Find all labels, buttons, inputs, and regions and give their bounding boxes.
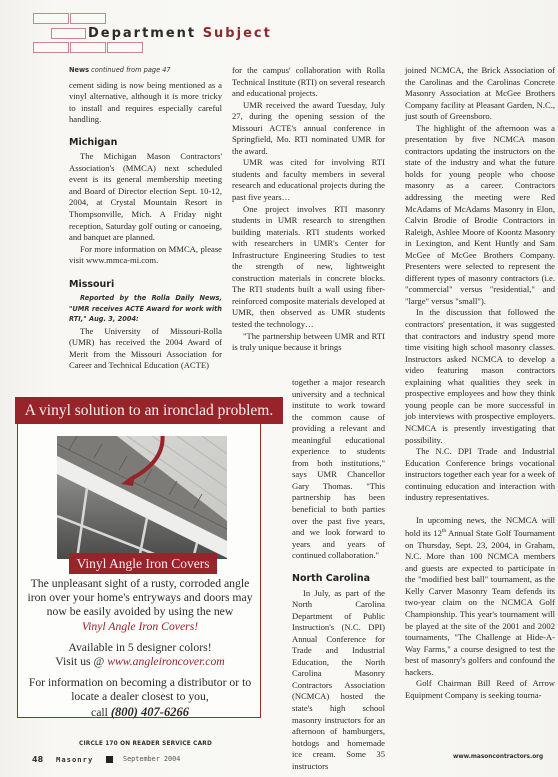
column-2-north-carolina: North Carolina In July, as part of the N… <box>292 573 385 772</box>
subject-label: Subject <box>203 26 272 41</box>
ad-product-name: Vinyl Angle Iron Covers! <box>20 620 260 634</box>
department-label: Department <box>88 26 196 41</box>
col3-paragraph-2: The highlight of the afternoon was a pre… <box>405 123 555 308</box>
continued-note: News continued from page 47 <box>69 65 222 77</box>
intro-paragraph: cement siding is now being mentioned as … <box>69 80 222 126</box>
col2-paragraph-4: One project involves RTI masonry student… <box>232 204 385 331</box>
col2-paragraph-2: UMR received the award Tuesday, July 27,… <box>232 100 385 158</box>
michigan-heading: Michigan <box>69 137 222 149</box>
ad-body: The unpleasant sight of a rusty, corrode… <box>20 577 260 720</box>
reader-service-note: CIRCLE 170 ON READER SERVICE CARD <box>79 741 212 747</box>
michigan-paragraph-1: The Michigan Mason Contractors' Associat… <box>69 151 222 243</box>
column-2-narrow: together a major research university and… <box>292 377 385 562</box>
ad-website-link[interactable]: www.angleironcover.com <box>107 655 225 668</box>
missouri-source-note: Reported by the Rolla Daily News, "UMR r… <box>69 293 222 325</box>
ad-call-line: call (800) 407-6266 <box>20 705 260 720</box>
footer-website-link[interactable]: www.masoncontractors.org <box>453 754 543 760</box>
col2-paragraph-5-start: "The partnership between UMR and RTI is … <box>232 331 385 354</box>
ad-headline-banner: A vinyl solution to an ironclad problem. <box>15 397 283 424</box>
col3-paragraph-4: The N.C. DPI Trade and Industrial Educat… <box>405 446 555 504</box>
magazine-name: Masonry <box>56 755 93 764</box>
ad-visit-line: Visit us @ www.angleironcover.com <box>20 655 260 669</box>
column-2: for the campus' collaboration with Rolla… <box>232 65 385 354</box>
col3-paragraph-6: Golf Chairman Bill Reed of Arrow Equipme… <box>405 678 555 701</box>
ad-product-photo <box>57 436 227 559</box>
col2-paragraph-1: for the campus' collaboration with Rolla… <box>232 65 385 100</box>
col3-paragraph-5: In upcoming news, the NCMCA will hold it… <box>405 515 555 679</box>
ad-description: The unpleasant sight of a rusty, corrode… <box>20 577 260 620</box>
ad-product-label: Vinyl Angle Iron Covers <box>69 553 217 574</box>
issue-date: September 2004 <box>123 755 180 763</box>
department-heading: Department Subject <box>88 26 272 41</box>
magazine-page: Department Subject News continued from p… <box>0 0 558 777</box>
missouri-heading: Missouri <box>69 279 222 291</box>
col3-paragraph-1: joined NCMCA, the Brick Association of t… <box>405 65 555 123</box>
ad-distributor-line: For information on becoming a distributo… <box>20 676 260 704</box>
michigan-paragraph-2: For more information on MMCA, please vis… <box>69 244 222 267</box>
missouri-paragraph-1: The University of Missouri-Rolla (UMR) h… <box>69 326 222 372</box>
column-1: News continued from page 47 cement sidin… <box>69 65 222 372</box>
col2-paragraph-5-cont: together a major research university and… <box>292 377 385 562</box>
col3-paragraph-3: In the discussion that followed the cont… <box>405 307 555 446</box>
column-3: joined NCMCA, the Brick Association of t… <box>405 65 555 701</box>
ad-phone-number[interactable]: (800) 407-6266 <box>111 705 189 719</box>
continued-label: News <box>69 66 89 74</box>
page-number: 48 <box>32 755 43 764</box>
north-carolina-heading: North Carolina <box>292 573 385 585</box>
col2-paragraph-3: UMR was cited for involving RTI students… <box>232 157 385 203</box>
ad-colors-line: Available in 5 designer colors! <box>20 641 260 655</box>
continued-text: continued from page 47 <box>91 66 171 74</box>
north-carolina-paragraph-1: In July, as part of the North Carolina D… <box>292 588 385 773</box>
footer-square-icon <box>106 756 113 763</box>
